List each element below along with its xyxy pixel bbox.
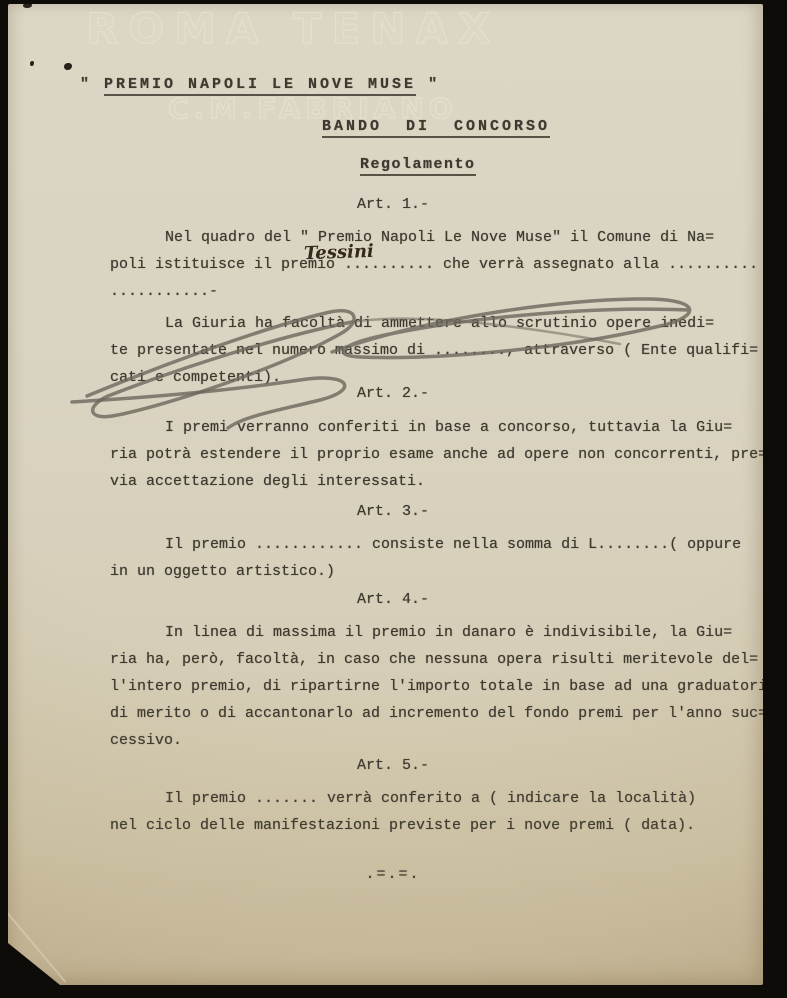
title-text: PREMIO NAPOLI LE NOVE MUSE	[104, 76, 416, 96]
title-open-quote: "	[80, 76, 104, 93]
heading-bando-text: BANDO DI CONCORSO	[322, 118, 550, 138]
end-mark: .=.=.	[67, 866, 719, 883]
heading-regolamento-text: Regolamento	[360, 156, 476, 176]
paper-crease	[6, 911, 67, 983]
title-close-quote: "	[416, 76, 440, 93]
watermark-roma-tenax: ROMA TENAX	[86, 4, 500, 53]
article-4-heading: Art. 4.-	[67, 591, 719, 608]
document-title: " PREMIO NAPOLI LE NOVE MUSE "	[80, 76, 440, 93]
article-5-paragraph-1: Il premio ....... verrà conferito a ( in…	[110, 785, 787, 839]
handwritten-annotation: Tessini	[304, 241, 375, 264]
article-1-paragraph-2-struck: La Giuria ha facoltà di ammettere allo s…	[110, 310, 787, 391]
article-5-heading: Art. 5.-	[67, 757, 719, 774]
paper-speck	[30, 61, 34, 66]
heading-bando-di-concorso: BANDO DI CONCORSO	[322, 118, 550, 135]
article-3-heading: Art. 3.-	[67, 503, 719, 520]
article-3-paragraph-1: Il premio ............ consiste nella so…	[110, 531, 787, 585]
heading-regolamento: Regolamento	[360, 156, 476, 173]
article-1-paragraph-1: Nel quadro del " Premio Napoli Le Nove M…	[110, 224, 787, 305]
article-1-heading: Art. 1.-	[67, 196, 719, 213]
document-page: ROMA TENAX C.M.FABRIANO " PREMIO NAPOLI …	[8, 4, 763, 985]
article-2-heading: Art. 2.-	[67, 385, 719, 402]
article-4-paragraph-1: In linea di massima il premio in danaro …	[110, 619, 787, 754]
scan-background: ROMA TENAX C.M.FABRIANO " PREMIO NAPOLI …	[0, 0, 787, 998]
paper-speck	[23, 3, 32, 8]
article-2-paragraph-1: I premi verranno conferiti in base a con…	[110, 414, 787, 495]
paper-hole	[64, 63, 72, 70]
